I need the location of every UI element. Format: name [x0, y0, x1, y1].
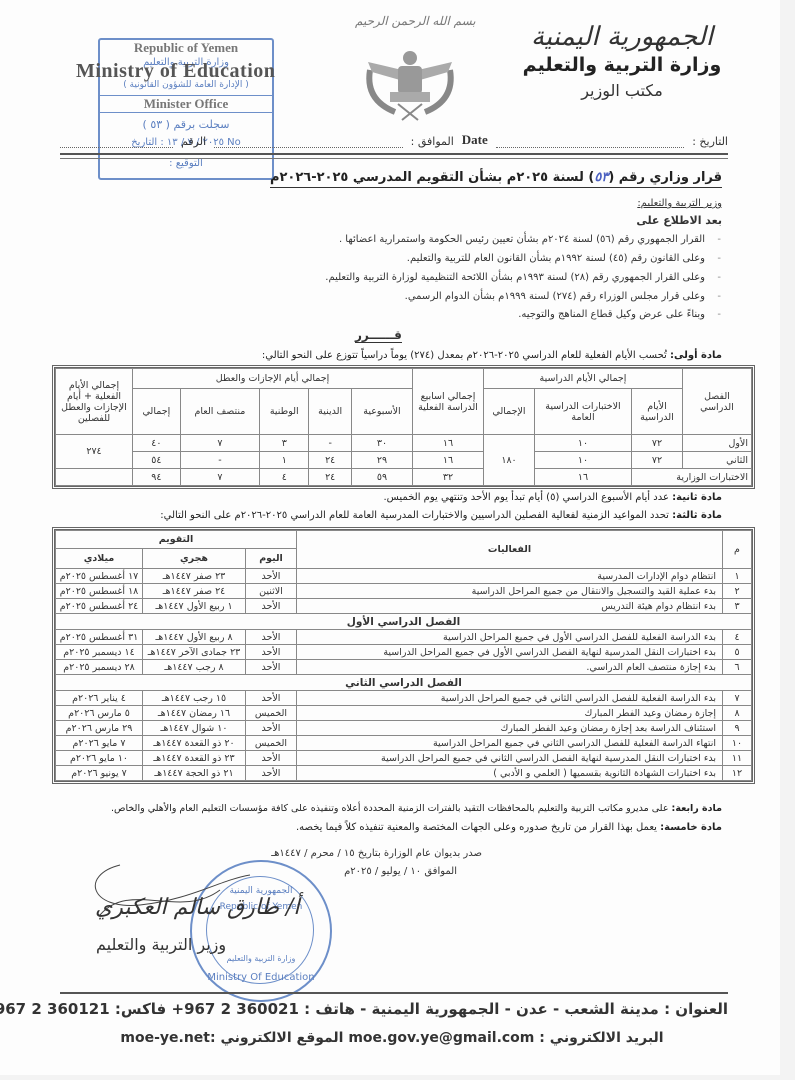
- decision-heading: قــــــرر: [355, 328, 402, 343]
- article-fifth: مادة خامسة: يعمل بهذا القرار من تاريخ صد…: [296, 822, 722, 833]
- school-days-table: الفصل الدراسي إجمالي الأيام الدراسية إجم…: [55, 368, 752, 486]
- article-first: مادة أولى: تُحسب الأيام الفعلية للعام ال…: [262, 350, 722, 361]
- article-second: مادة ثانية: عدد أيام الأسبوع الدراسي (٥)…: [383, 492, 722, 503]
- corresponding-date: الموافق ١٠ / يوليو / ٢٠٢٥م: [344, 866, 457, 877]
- table-row: ٦بدء إجازة منتصف العام الدراسي.الأحد٨ رج…: [56, 660, 752, 675]
- table-row: الاختبارات الوزارية ١٦ ٣٢ ٥٩ ٢٤ ٤ ٧ ٩٤: [56, 469, 752, 486]
- date-label-en: Date: [462, 132, 488, 148]
- stamp-office: Minister Office: [100, 95, 272, 113]
- footer-contact: البريد الالكتروني : moe.gov.ye@gmail.com…: [56, 1030, 728, 1046]
- reference-row: التاريخ : Date الموافق : الرقم: [60, 130, 728, 148]
- footer-divider: [60, 992, 728, 994]
- date-label: التاريخ :: [692, 135, 728, 148]
- date-field: [496, 137, 684, 148]
- table-row: الأول ٧٢ ١٠ ١٨٠ ١٦ ٣٠ - ٣ ٧ ٤٠ ٢٧٤: [56, 435, 752, 452]
- table-row: ٨إجازة رمضان وعيد الفطر المباركالخميس١٦ …: [56, 706, 752, 721]
- letterhead: الجمهورية اليمنية وزارة التربية والتعليم…: [522, 22, 722, 104]
- school-calendar-table: م الفعاليات التقويم اليوم هجري ميلادي ١ا…: [55, 530, 752, 781]
- corresponding-label: الموافق :: [411, 135, 454, 148]
- office-name: مكتب الوزير: [522, 78, 722, 104]
- table-row: ٧بدء الدراسة الفعلية للفصل الدراسي الثان…: [56, 691, 752, 706]
- basmala: بسم الله الرحمن الرحيم: [355, 14, 476, 28]
- table-row: ٩استئناف الدراسة بعد إجازة رمضان وعيد ال…: [56, 721, 752, 736]
- after-review-heading: بعد الاطلاع على: [636, 214, 722, 227]
- table-row: ١٠انتهاء الدراسة الفعلية للفصل الدراسي ا…: [56, 736, 752, 751]
- table-row: ١٢بدء اختبارات الشهادة الثانوية بقسميها …: [56, 766, 752, 781]
- corresponding-field: [214, 137, 402, 148]
- section-row-term2: الفصل الدراسي الثاني: [56, 675, 752, 691]
- table-row: ٥بدء اختبارات النقل المدرسية لنهاية الفص…: [56, 645, 752, 660]
- footer-address: العنوان : مدينة الشعب - عدن - الجمهورية …: [56, 1000, 728, 1018]
- table-row: ١انتظام دوام الإدارات المدرسيةالأحد٢٣ صف…: [56, 569, 752, 584]
- table-row: ٢بدء عملية القيد والتسجيل والانتقال من ج…: [56, 584, 752, 599]
- table-row: الثاني ٧٢ ١٠ ١٦ ٢٩ ٢٤ ١ - ٥٤: [56, 452, 752, 469]
- preamble-item: وعلى القانون رقم (٤٥) لسنة ١٩٩٢م بشأن ال…: [407, 253, 705, 264]
- stamp-republic: Republic of Yemen: [100, 40, 272, 56]
- preamble-item: وعلى قرار مجلس الوزراء رقم (٢٧٤) لسنة ١٩…: [405, 291, 705, 302]
- decree-number: ٥٣: [594, 170, 608, 185]
- header-divider-thin: [60, 158, 728, 159]
- table-row: ٤بدء الدراسة الفعلية للفصل الدراسي الأول…: [56, 630, 752, 645]
- ministry-name: وزارة التربية والتعليم: [522, 52, 722, 78]
- decree-title: قرار وزاري رقم (٥٣) لسنة ٢٠٢٥م بشأن التق…: [270, 170, 722, 188]
- stamp-ministry-english: Ministry of Education: [76, 60, 275, 83]
- signatory-name: أ/ طارق سالم العكبري: [95, 895, 299, 920]
- number-field: [60, 137, 173, 148]
- table-row: ١١بدء اختبارات النقل المدرسية لنهاية الف…: [56, 751, 752, 766]
- article-third: مادة ثالثة: تحدد المواعيد الزمنية لفعالي…: [160, 510, 722, 521]
- issued-date: صدر بديوان عام الوزارة بتاريخ ١٥ / محرم …: [271, 848, 482, 859]
- header-divider: [60, 153, 728, 155]
- number-label: الرقم: [181, 135, 206, 148]
- signatory-title: وزير التربية والتعليم: [96, 935, 226, 954]
- table-row: ٣بدء انتظام دوام هيئة التدريسالأحد١ ربيع…: [56, 599, 752, 614]
- addressee: وزير التربية والتعليم:: [637, 198, 722, 209]
- document-page: الجمهورية اليمنية وزارة التربية والتعليم…: [0, 0, 780, 1075]
- preamble-item: القرار الجمهوري رقم (٥٦) لسنة ٢٠٢٤م بشأن…: [339, 234, 705, 245]
- article-fourth: مادة رابعة: على مديرو مكاتب التربية والت…: [111, 803, 722, 814]
- stamp-signature: التوقيع :: [100, 158, 272, 169]
- section-row-term1: الفصل الدراسي الأول: [56, 614, 752, 630]
- preamble-item: وعلى القرار الجمهوري رقم (٢٨) لسنة ١٩٩٣م…: [325, 272, 705, 283]
- yemen-emblem-icon: [360, 40, 460, 122]
- republic-name: الجمهورية اليمنية: [522, 22, 722, 52]
- preamble-item: وبناءً على عرض وكيل قطاع المناهج والتوجي…: [518, 309, 705, 320]
